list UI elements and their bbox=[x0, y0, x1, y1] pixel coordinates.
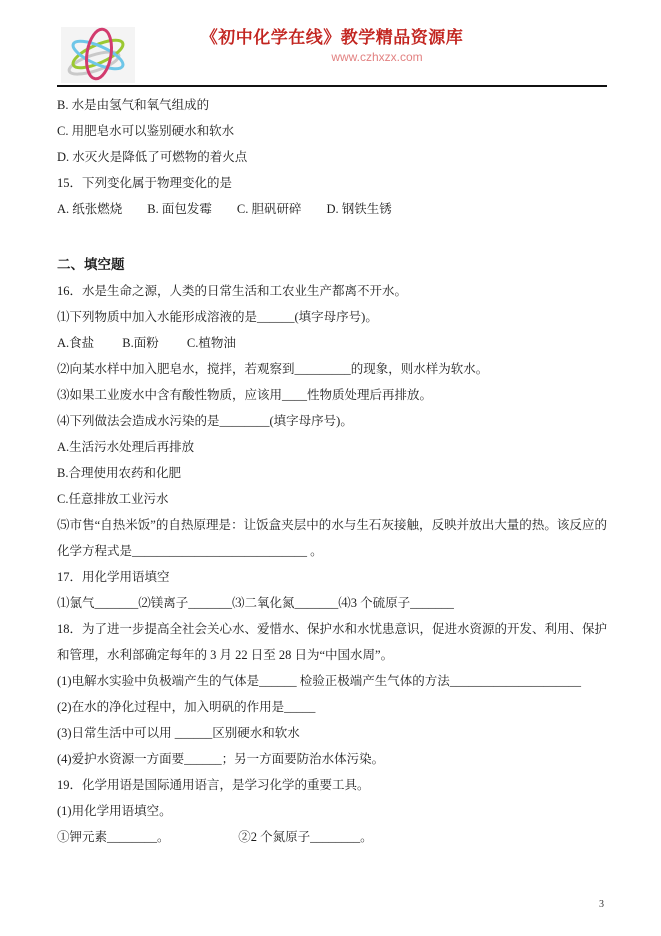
option-b-line: B. 水是由氢气和氧气组成的 bbox=[57, 92, 607, 118]
option-c-line: C. 用肥皂水可以鉴别硬水和软水 bbox=[57, 118, 607, 144]
question-16-item-1-line: ⑴下列物质中加入水能形成溶液的是______(填字母序号)。 bbox=[57, 304, 607, 330]
page-header: 《初中化学在线》教学精品资源库 www.czhxzx.com bbox=[0, 0, 661, 83]
header-divider bbox=[57, 85, 607, 87]
question-18-item-2-line: (2)在水的净化过程中，加入明矾的作用是_____ bbox=[57, 694, 607, 720]
question-19-sub-items-line: ①钾元素________。 ②2 个氮原子________。 bbox=[57, 824, 607, 850]
question-16-line: 16．水是生命之源，人类的日常生活和工农业生产都离不开水。 bbox=[57, 278, 607, 304]
question-16-item-4-line: ⑷下列做法会造成水污染的是________(填字母序号)。 bbox=[57, 408, 607, 434]
question-19-item-1-line: (1)用化学用语填空。 bbox=[57, 798, 607, 824]
document-body: B. 水是由氢气和氧气组成的 C. 用肥皂水可以鉴别硬水和软水 D. 水灭火是降… bbox=[57, 92, 607, 850]
question-18-item-1-line: (1)电解水实验中负极端产生的气体是______ 检验正极端产生气体的方法___… bbox=[57, 668, 607, 694]
section-heading-fill-in-blanks: 二、填空题 bbox=[57, 252, 607, 278]
question-16-item-4-option-a-line: A.生活污水处理后再排放 bbox=[57, 434, 607, 460]
question-16-item-3-line: ⑶如果工业废水中含有酸性物质，应该用____性物质处理后再排放。 bbox=[57, 382, 607, 408]
question-16-item-4-option-b-line: B.合理使用农药和化肥 bbox=[57, 460, 607, 486]
header-title: 《初中化学在线》教学精品资源库 bbox=[57, 27, 607, 49]
question-15-line: 15．下列变化属于物理变化的是 bbox=[57, 170, 607, 196]
question-17-line: 17．用化学用语填空 bbox=[57, 564, 607, 590]
question-18-item-3-line: (3)日常生活中可以用 ______区别硬水和软水 bbox=[57, 720, 607, 746]
question-17-items-line: ⑴氯气_______⑵镁离子_______⑶二氧化氮_______⑷3 个硫原子… bbox=[57, 590, 607, 616]
question-16-item-2-line: ⑵向某水样中加入肥皂水，搅拌，若观察到_________的现象，则水样为软水。 bbox=[57, 356, 607, 382]
question-19-line: 19．化学用语是国际通用语言，是学习化学的重要工具。 bbox=[57, 772, 607, 798]
question-16-item-1-options-line: A.食盐 B.面粉 C.植物油 bbox=[57, 330, 607, 356]
question-18-item-4-line: (4)爱护水资源一方面要______；另一方面要防治水体污染。 bbox=[57, 746, 607, 772]
page-number: 3 bbox=[599, 899, 604, 910]
question-18-line: 18．为了进一步提高全社会关心水、爱惜水、保护水和水忧患意识，促进水资源的开发、… bbox=[57, 616, 607, 668]
header-website-url: www.czhxzx.com bbox=[57, 50, 607, 64]
question-16-item-5-line: ⑸市售“自热米饭”的自热原理是：让饭盒夹层中的水与生石灰接触，反映并放出大量的热… bbox=[57, 512, 607, 564]
question-15-options-line: A. 纸张燃烧 B. 面包发霉 C. 胆矾研碎 D. 钢铁生锈 bbox=[57, 196, 607, 222]
atom-logo-icon bbox=[61, 27, 135, 83]
question-16-item-4-option-c-line: C.任意排放工业污水 bbox=[57, 486, 607, 512]
option-d-line: D. 水灭火是降低了可燃物的着火点 bbox=[57, 144, 607, 170]
document-page: 《初中化学在线》教学精品资源库 www.czhxzx.com B. 水是由氢气和… bbox=[0, 0, 661, 936]
